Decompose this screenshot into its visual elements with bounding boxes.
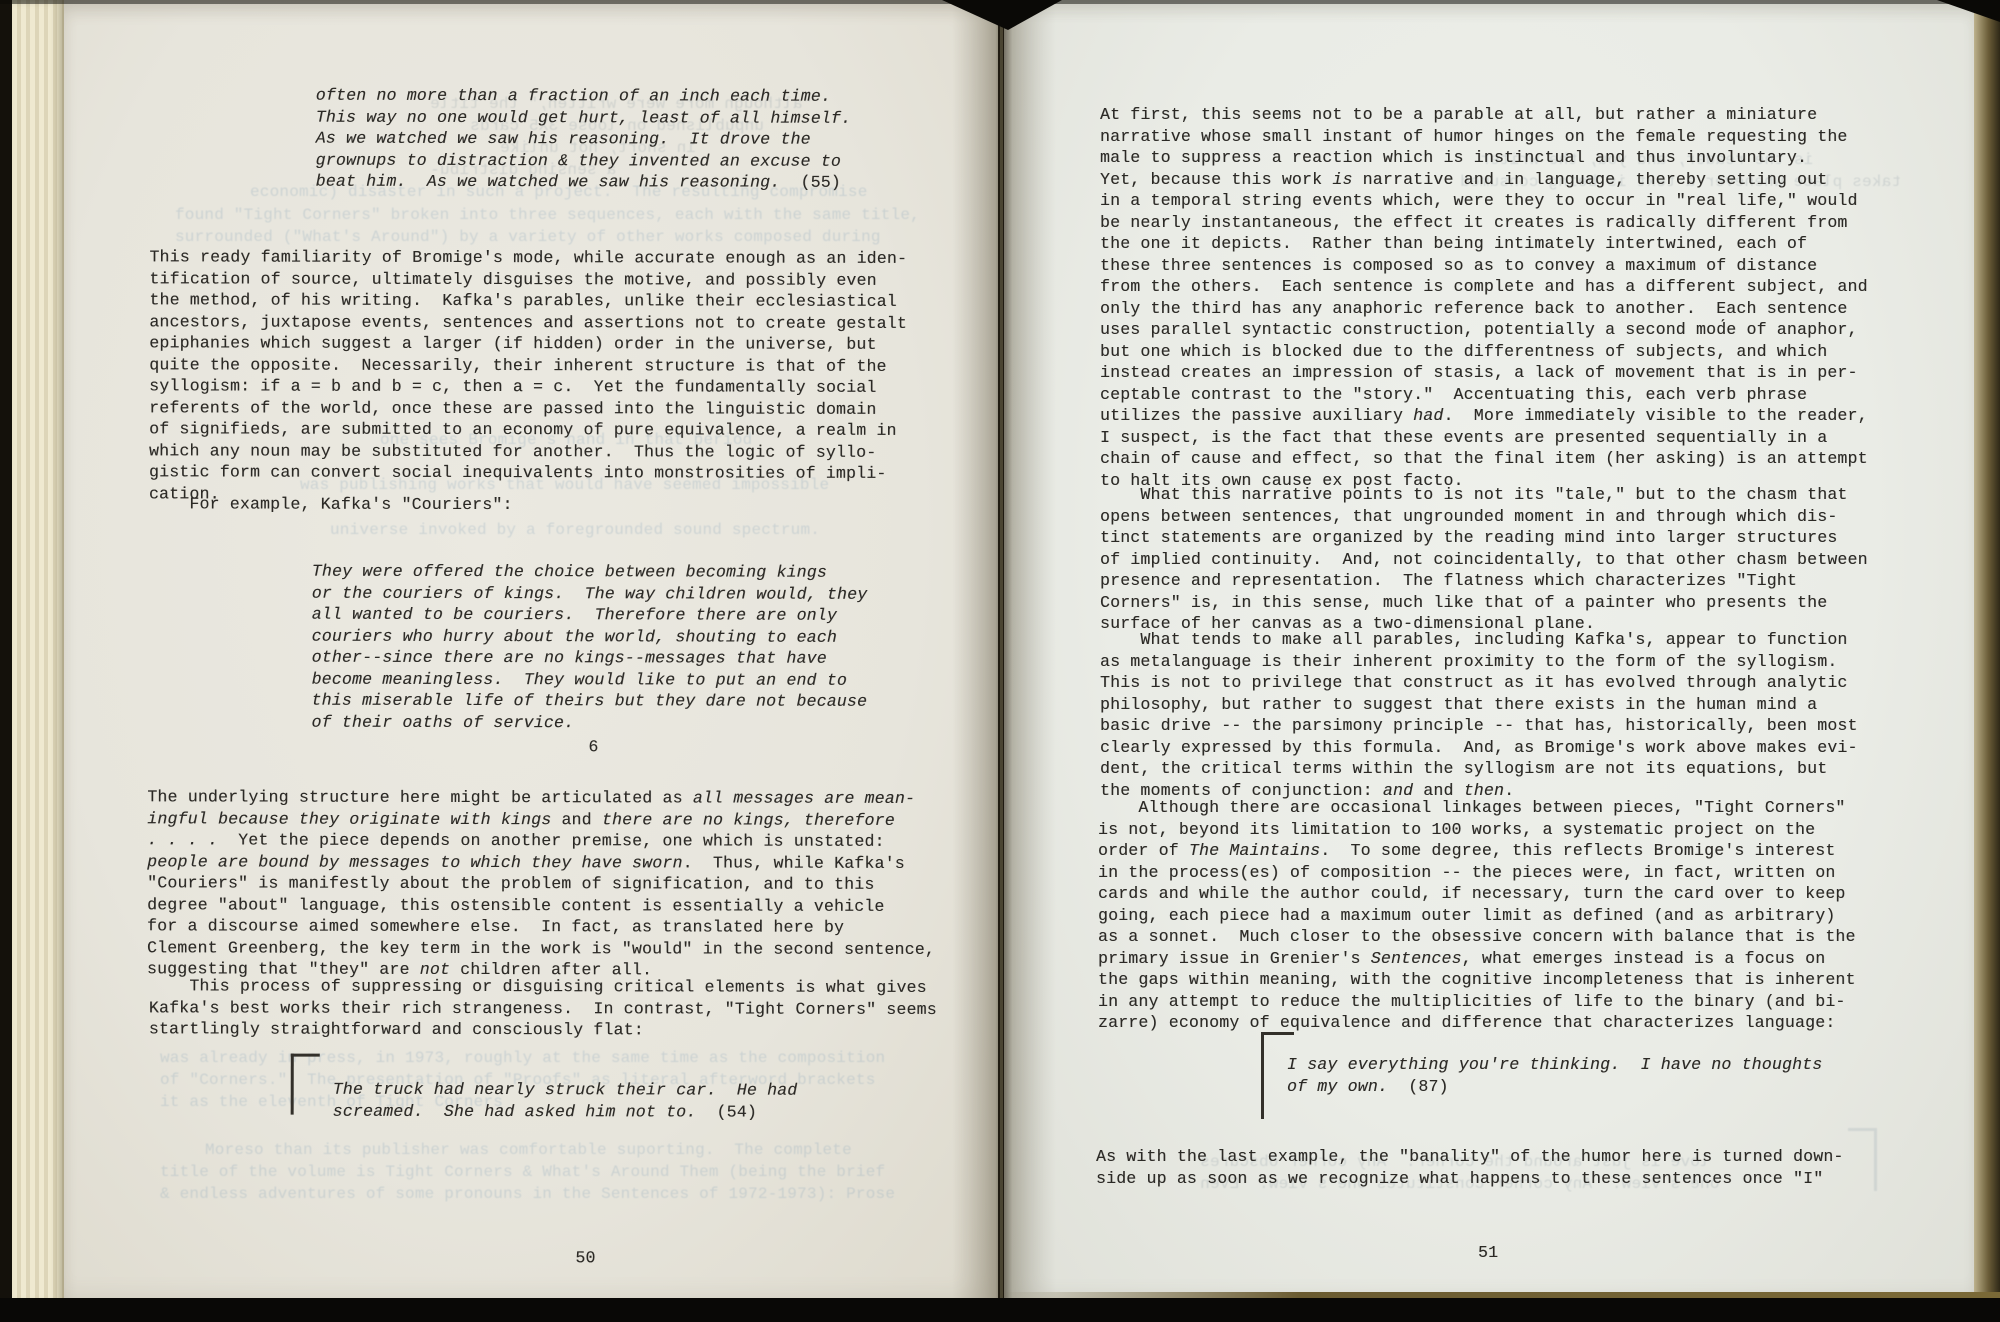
book-scan: "although more were written," the titleu… xyxy=(0,0,2000,1322)
para-although: Although there are occasional linkages b… xyxy=(1098,797,1856,1034)
page-number-left: 50 xyxy=(575,1247,595,1269)
bleedthrough-bracket xyxy=(1848,1128,1877,1191)
spine-gutter-line xyxy=(1000,0,1003,1302)
para-process: This process of suppressing or disguisin… xyxy=(149,975,937,1041)
para-what-tends: What tends to make all parables, includi… xyxy=(1100,629,1858,801)
blockquote-i-say-87: I say everything you're thinking. I have… xyxy=(1287,1054,1822,1097)
quote-bracket-left xyxy=(291,1054,320,1115)
top-edge-shadow xyxy=(0,0,2000,4)
para-at-first: At first, this seems not to be a parable… xyxy=(1100,104,1868,491)
blockquote-truck-54: The truck had nearly struck their car. H… xyxy=(333,1079,798,1123)
para-familiarity: This ready familiarity of Bromige's mode… xyxy=(149,246,907,506)
para-as-with: As with the last example, the "banality"… xyxy=(1096,1146,1844,1189)
para-underlying: The underlying structure here might be a… xyxy=(147,786,935,981)
page-edge-stack-left xyxy=(12,0,64,1304)
blockquote-kafka-couriers: They were offered the choice between bec… xyxy=(311,561,867,734)
page-edge-stack-right xyxy=(1974,0,2000,1300)
page-number-right: 51 xyxy=(1478,1242,1498,1264)
footnote-number: 6 xyxy=(588,736,598,758)
blockquote-reasoning-55: often no more than a fraction of an inch… xyxy=(316,85,852,194)
bottom-scan-edge xyxy=(0,1298,2000,1322)
line-for-example: For example, Kafka's "Couriers": xyxy=(149,493,513,515)
para-what-narrative: What this narrative points to is not its… xyxy=(1100,484,1868,635)
